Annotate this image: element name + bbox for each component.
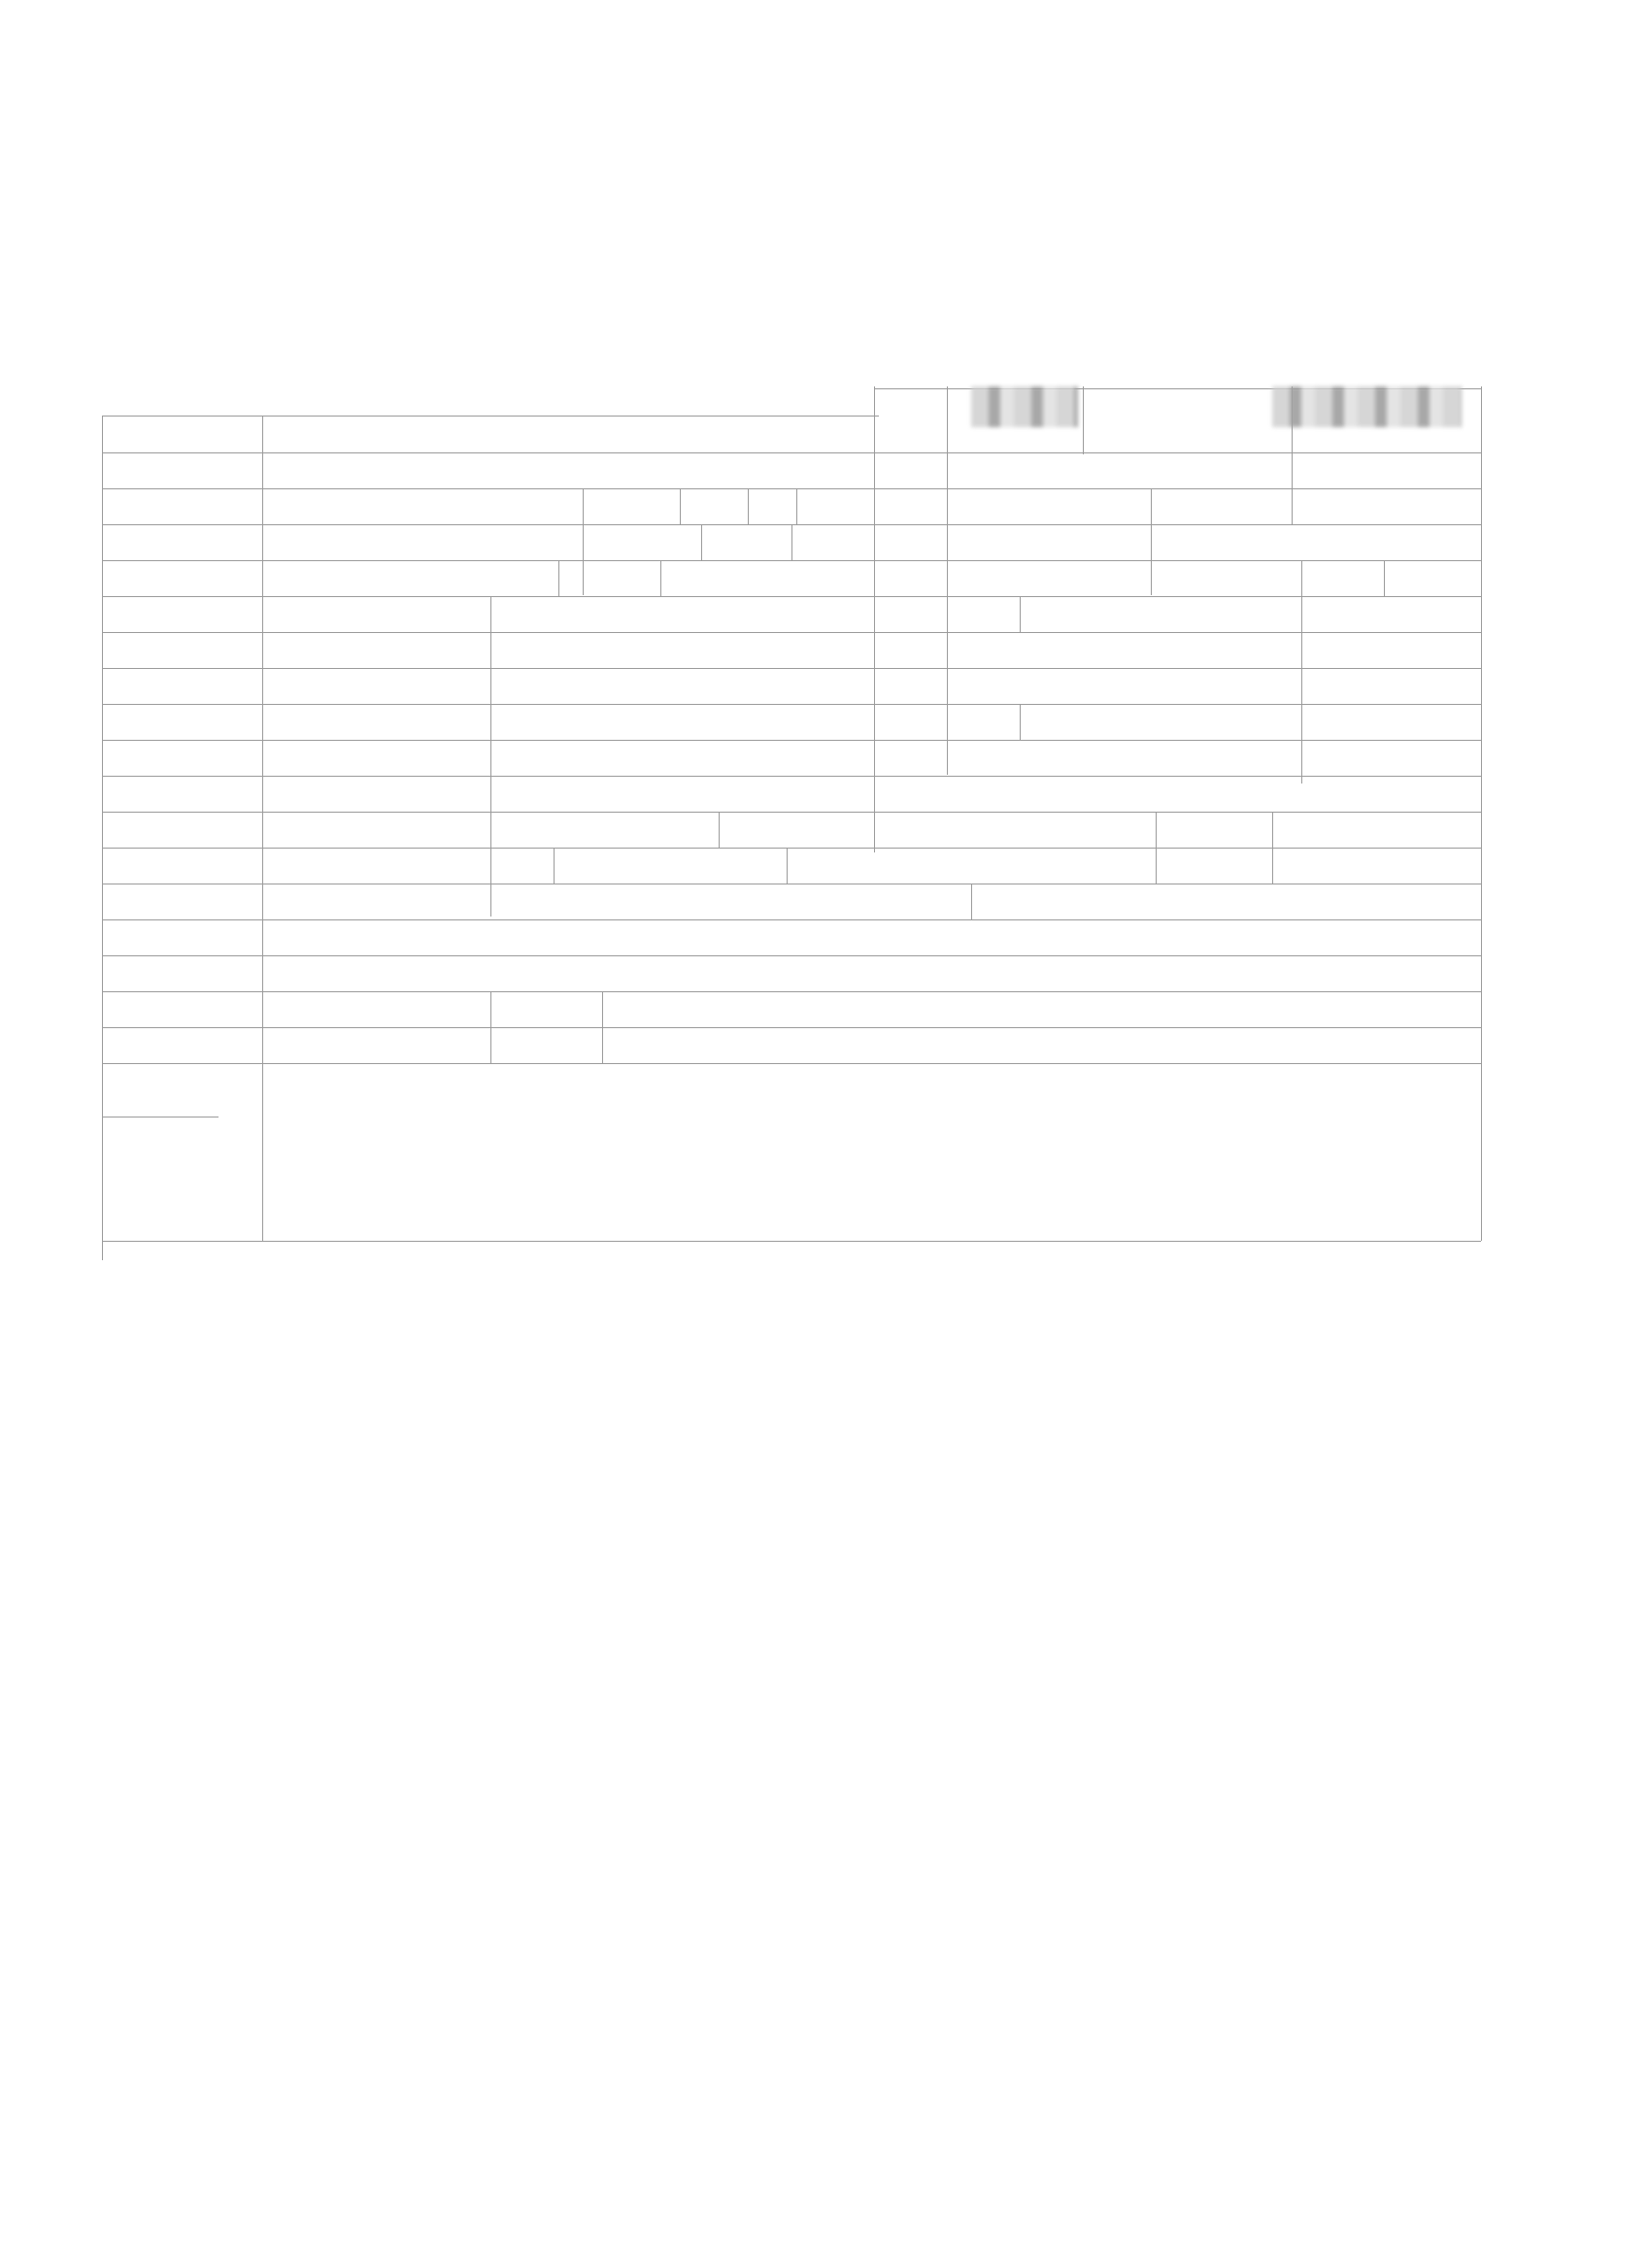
hotline-row [850, 239, 869, 273]
contact-person-redacted [1272, 386, 1462, 427]
phone-row [850, 287, 869, 321]
phone-field-redacted [971, 386, 1078, 427]
website-row [850, 190, 869, 224]
